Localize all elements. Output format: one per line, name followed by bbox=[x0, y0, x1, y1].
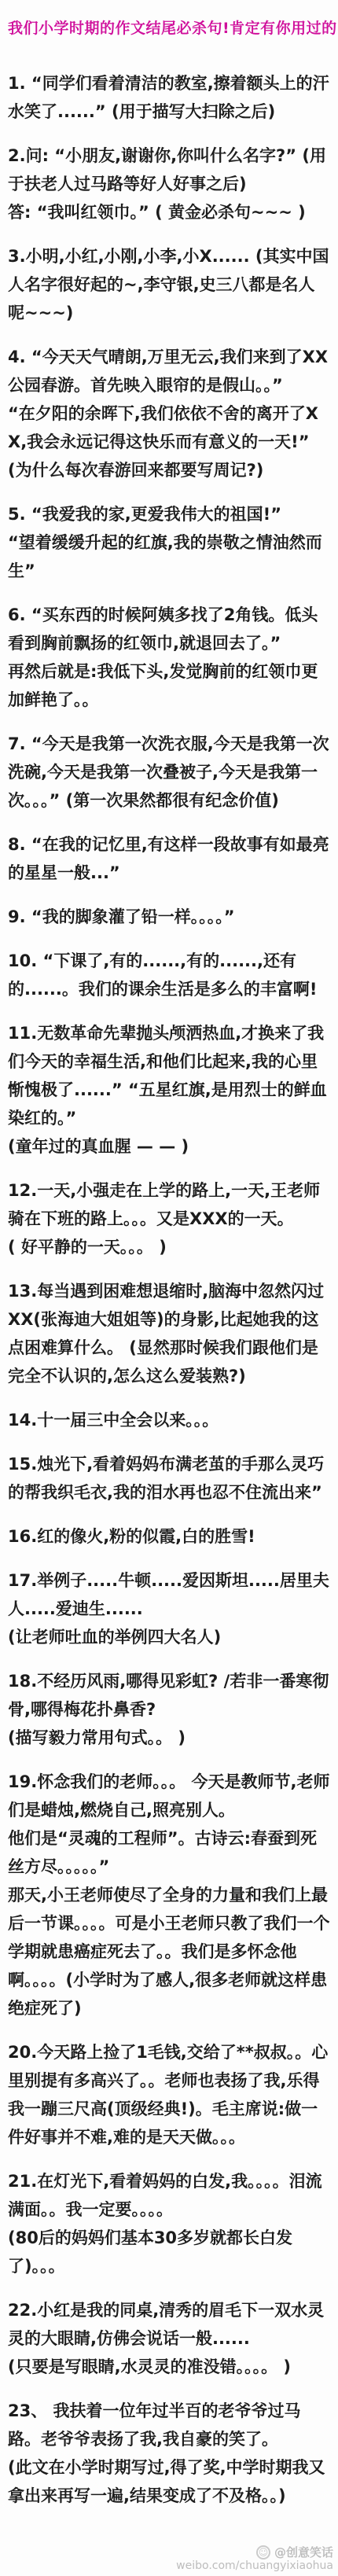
list-item: 17.举例子.....牛顿.....爱因斯坦.....居里夫人.....爱迪生.… bbox=[8, 1566, 330, 1651]
list-item: 11.无数革命先辈抛头颅洒热血,才换来了我们今天的幸福生活,和他们比起来,我的心… bbox=[8, 1019, 330, 1161]
list-item: 15.烛光下,看着妈妈布满老茧的手那么灵巧的帮我织毛衣,我的泪水再也忍不住流出来… bbox=[8, 1450, 330, 1507]
item-line: 8. “在我的记忆里,有这样一段故事有如最亮的星星一般...” bbox=[8, 830, 330, 887]
page-title: 我们小学时期的作文结尾必杀句!肯定有你用过的 bbox=[8, 19, 330, 39]
list-item: 14.十一届三中全会以来。。。 bbox=[8, 1406, 330, 1434]
list-item: 22.小红是我的同桌,清秀的眉毛下一双水灵灵的大眼睛,仿佛会说话一般......… bbox=[8, 2296, 330, 2381]
list-item: 10. “下课了,有的......,有的......,还有的......。我们的… bbox=[8, 947, 330, 1003]
list-item: 3.小明,小红,小刚,小李,小X...... (其实中国人名字很好起的~,李守银… bbox=[8, 242, 330, 327]
item-line: (童年过的真血腥 — — ) bbox=[8, 1132, 330, 1161]
item-line: 18.不经历风雨,哪得见彩虹? /若非一番寒彻骨,哪得梅花扑鼻香? bbox=[8, 1667, 330, 1724]
list-item: 18.不经历风雨,哪得见彩虹? /若非一番寒彻骨,哪得梅花扑鼻香?(描写毅力常用… bbox=[8, 1667, 330, 1752]
item-line: 17.举例子.....牛顿.....爱因斯坦.....居里夫人.....爱迪生.… bbox=[8, 1566, 330, 1623]
item-line: 19.怀念我们的老师。。。 今天是教师节,老师们是蜡烛,燃烧自己,照亮别人。 bbox=[8, 1768, 330, 1824]
item-line: (描写毅力常用句式。。 ) bbox=[8, 1724, 330, 1752]
smiley-face-icon: ☺ bbox=[256, 2545, 270, 2559]
item-line: 那天,小王老师使尽了全身的力量和我们上最后一节课。。。。可是小王老师只教了我们一… bbox=[8, 1881, 330, 2022]
item-line: 13.每当遇到困难想退缩时,脑海中忽然闪过XX(张海迪大姐姐等)的身影,比起她我… bbox=[8, 1277, 330, 1390]
item-line: 答: “我叫红领巾。” ( 黄金必杀句~~~ ) bbox=[8, 198, 330, 226]
item-line: (80后的妈妈们基本30多岁就都长白发了)。。。 bbox=[8, 2224, 330, 2280]
item-line: (此文在小学时期写过,得了奖,中学时期我又拿出来再写一遍,结果变成了不及格。。) bbox=[8, 2453, 330, 2510]
list-item: 4. “今天天气晴朗,万里无云,我们来到了XX公园春游。首先映入眼帘的是假山。。… bbox=[8, 343, 330, 484]
item-line: (只要是写眼睛,水灵灵的准没错。。。。 ) bbox=[8, 2353, 330, 2381]
item-line: 9. “我的脚象灌了铅一样。。。。” bbox=[8, 903, 330, 931]
item-line: 7. “今天是我第一次洗衣服,今天是我第一次洗碗,今天是我第一次叠被子,今天是我… bbox=[8, 730, 330, 815]
item-line: 再然后就是:我低下头,发觉胸前的红领巾更加鲜艳了。。 bbox=[8, 657, 330, 714]
page: 我们小学时期的作文结尾必杀句!肯定有你用过的 1. “同学们看着清洁的教室,擦着… bbox=[0, 0, 338, 2576]
list-item: 23、 我扶着一位年过半百的老爷爷过马路。老爷爷表扬了我,我自豪的笑了。(此文在… bbox=[8, 2397, 330, 2510]
item-line: 15.烛光下,看着妈妈布满老茧的手那么灵巧的帮我织毛衣,我的泪水再也忍不住流出来… bbox=[8, 1450, 330, 1507]
list-item: 19.怀念我们的老师。。。 今天是教师节,老师们是蜡烛,燃烧自己,照亮别人。他们… bbox=[8, 1768, 330, 2022]
list-item: 9. “我的脚象灌了铅一样。。。。” bbox=[8, 903, 330, 931]
list-item: 2.问: “小朋友,谢谢你,你叫什么名字?” (用于扶老人过马路等好人好事之后)… bbox=[8, 142, 330, 226]
list-item: 6. “买东西的时候阿姨多找了2角钱。低头看到胸前飘扬的红领巾,就退回去了。”再… bbox=[8, 601, 330, 714]
item-line: 4. “今天天气晴朗,万里无云,我们来到了XX公园春游。首先映入眼帘的是假山。。… bbox=[8, 343, 330, 399]
list-item: 16.红的像火,粉的似霞,白的胜雪! bbox=[8, 1522, 330, 1551]
item-line: 1. “同学们看着清洁的教室,擦着额头上的汗水笑了......” (用于描写大扫… bbox=[8, 69, 330, 126]
list-item: 5. “我爱我的家,更爱我伟大的祖国!”“望着缓缓升起的红旗,我的崇敬之情油然而… bbox=[8, 500, 330, 585]
item-line: 6. “买东西的时候阿姨多找了2角钱。低头看到胸前飘扬的红领巾,就退回去了。” bbox=[8, 601, 330, 657]
item-line: (为什么每次春游回来都要写周记?) bbox=[8, 456, 330, 484]
item-line: 21.在灯光下,看着妈妈的白发,我。。。。泪流满面。。我一定要。。。。 bbox=[8, 2167, 330, 2224]
item-line: 20.今天路上捡了1毛钱,交给了**叔叔。。心里别提有多高兴了。。老师也表扬了我… bbox=[8, 2038, 330, 2151]
item-line: 5. “我爱我的家,更爱我伟大的祖国!” bbox=[8, 500, 330, 528]
item-line: (让老师吐血的举例四大名人) bbox=[8, 1623, 330, 1651]
item-line: 14.十一届三中全会以来。。。 bbox=[8, 1406, 330, 1434]
list-item: 21.在灯光下,看着妈妈的白发,我。。。。泪流满面。。我一定要。。。。(80后的… bbox=[8, 2167, 330, 2280]
list-item: 7. “今天是我第一次洗衣服,今天是我第一次洗碗,今天是我第一次叠被子,今天是我… bbox=[8, 730, 330, 815]
item-line: 16.红的像火,粉的似霞,白的胜雪! bbox=[8, 1522, 330, 1551]
item-line: 22.小红是我的同桌,清秀的眉毛下一双水灵灵的大眼睛,仿佛会说话一般...... bbox=[8, 2296, 330, 2353]
item-line: 他们是“灵魂的工程师”。古诗云:春蚕到死丝方尽。。。。。” bbox=[8, 1824, 330, 1881]
item-line: ( 好平静的一天。。。 ) bbox=[8, 1233, 330, 1261]
item-list: 1. “同学们看着清洁的教室,擦着额头上的汗水笑了......” (用于描写大扫… bbox=[8, 69, 330, 2510]
list-item: 8. “在我的记忆里,有这样一段故事有如最亮的星星一般...” bbox=[8, 830, 330, 887]
watermark-handle: @创意笑话 bbox=[274, 2545, 333, 2559]
item-line: 12.一天,小强走在上学的路上,一天,王老师骑在下班的路上。。。又是XXX的一天… bbox=[8, 1176, 330, 1233]
list-item: 12.一天,小强走在上学的路上,一天,王老师骑在下班的路上。。。又是XXX的一天… bbox=[8, 1176, 330, 1261]
watermark-handle-row: ☺ @创意笑话 bbox=[176, 2545, 333, 2559]
watermark-url: weibo.com/chuangyixiaohua bbox=[176, 2559, 333, 2573]
item-line: 10. “下课了,有的......,有的......,还有的......。我们的… bbox=[8, 947, 330, 1003]
item-line: 3.小明,小红,小刚,小李,小X...... (其实中国人名字很好起的~,李守银… bbox=[8, 242, 330, 327]
list-item: 1. “同学们看着清洁的教室,擦着额头上的汗水笑了......” (用于描写大扫… bbox=[8, 69, 330, 126]
watermark: ☺ @创意笑话 weibo.com/chuangyixiaohua bbox=[176, 2545, 333, 2573]
item-line: “望着缓缓升起的红旗,我的崇敬之情油然而生” bbox=[8, 528, 330, 585]
list-item: 20.今天路上捡了1毛钱,交给了**叔叔。。心里别提有多高兴了。。老师也表扬了我… bbox=[8, 2038, 330, 2151]
item-line: 11.无数革命先辈抛头颅洒热血,才换来了我们今天的幸福生活,和他们比起来,我的心… bbox=[8, 1019, 330, 1132]
item-line: 23、 我扶着一位年过半百的老爷爷过马路。老爷爷表扬了我,我自豪的笑了。 bbox=[8, 2397, 330, 2453]
item-line: 2.问: “小朋友,谢谢你,你叫什么名字?” (用于扶老人过马路等好人好事之后) bbox=[8, 142, 330, 198]
item-line: “在夕阳的余晖下,我们依依不舍的离开了XX,我会永远记得这快乐而有意义的一天!” bbox=[8, 399, 330, 456]
list-item: 13.每当遇到困难想退缩时,脑海中忽然闪过XX(张海迪大姐姐等)的身影,比起她我… bbox=[8, 1277, 330, 1390]
